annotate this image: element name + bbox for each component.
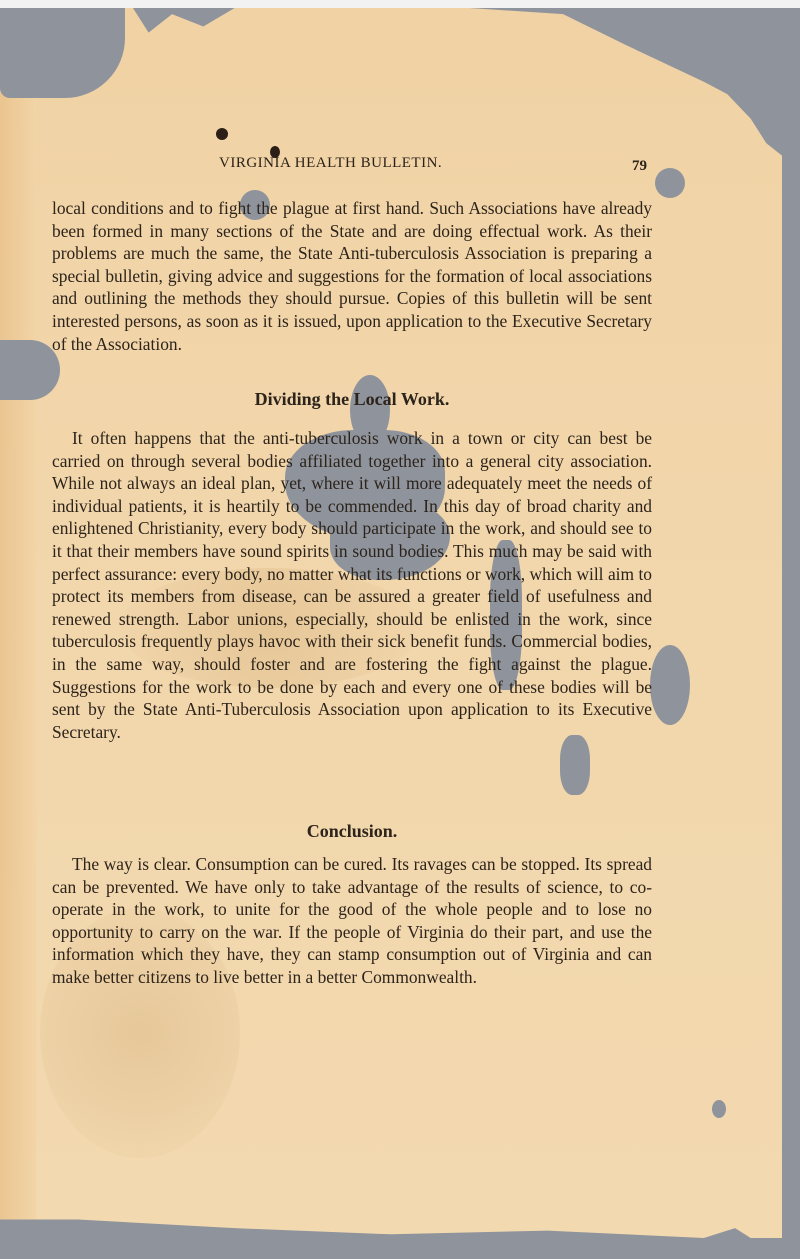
- hole-right-streak-2: [560, 735, 590, 795]
- section-body: The way is clear. Consumption can be cur…: [52, 853, 652, 989]
- running-head: VIRGINIA HEALTH BULLETIN.: [219, 155, 669, 172]
- hole-bottom-right: [712, 1100, 726, 1118]
- paragraph: It often happens that the anti-tuberculo…: [52, 427, 652, 743]
- page-number: 79: [632, 158, 647, 175]
- scan-top-strip: [0, 0, 800, 8]
- intro-paragraph: local conditions and to fight the plague…: [52, 197, 652, 355]
- ink-spot: [216, 128, 228, 140]
- hole-page-number: [655, 168, 685, 198]
- hole-right-edge: [650, 645, 690, 725]
- paragraph: The way is clear. Consumption can be cur…: [52, 853, 652, 989]
- section-heading: Conclusion.: [52, 821, 652, 842]
- hole-left-edge: [0, 340, 60, 400]
- section-body: It often happens that the anti-tuberculo…: [52, 427, 652, 743]
- paragraph: local conditions and to fight the plague…: [52, 197, 652, 355]
- section-heading: Dividing the Local Work.: [52, 389, 652, 410]
- page-fold: [0, 88, 36, 1228]
